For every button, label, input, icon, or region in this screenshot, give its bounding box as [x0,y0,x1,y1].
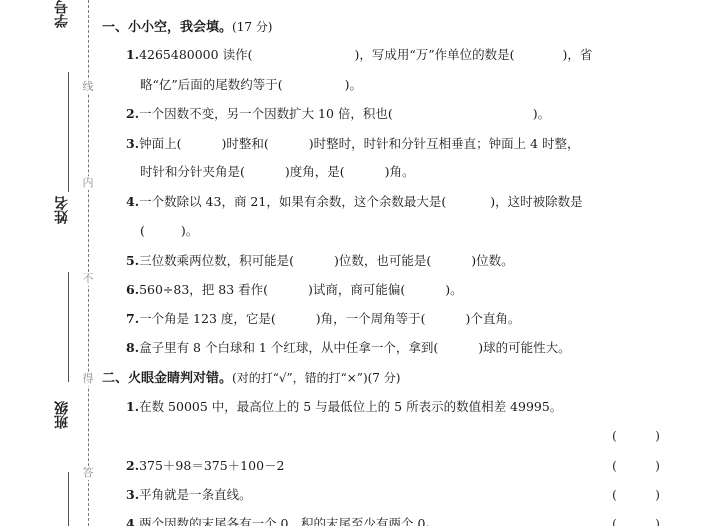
q-text: )。 [345,77,362,92]
q-number: 4. [126,194,139,209]
judge-q4: 4.两个因数的末尾各有一个 0，积的末尾至少有两个 0。 [126,516,438,526]
class-label: 班级 [54,395,74,429]
section2-title: 二、火眼金睛判对错。 [102,371,232,386]
q-text: )。 [445,282,462,297]
student-id-underline [68,72,69,192]
q-number: 3. [126,487,139,502]
q-text: 375＋98＝375＋100－2 [139,458,284,473]
q-text: )球的可能性大。 [478,340,570,355]
q-text: )时整时，时针和分针互相垂直；钟面上 4 时整， [309,136,580,151]
q-text: 盒子里有 8 个白球和 1 个红球，从中任拿一个，拿到( [139,340,438,355]
paren-close: ) [655,458,660,474]
section1-title: 一、小小空，我会填。 [102,20,232,35]
q6: 6.560÷83，把 83 看作()试商，商可能偏()。 [126,282,463,298]
q-text: )，省 [563,47,593,62]
q-number: 3. [126,136,139,151]
paren-close: ) [655,428,660,444]
q-text: )个直角。 [466,311,521,326]
q-text: )。 [181,223,198,238]
name-underline [68,272,69,382]
q-text: 三位数乘两位数，积可能是( [139,253,294,268]
cut-char-da: 答 [80,466,96,480]
q-text: 4265480000 读作( [139,47,252,62]
q8: 8.盒子里有 8 个白球和 1 个红球，从中任拿一个，拿到()球的可能性大。 [126,340,571,356]
q-number: 5. [126,253,139,268]
q-text: )位数。 [471,253,513,268]
q-text: 在数 50005 中，最高位上的 5 与最低位上的 5 所表示的数值相差 499… [139,399,562,414]
judge-answer-1[interactable]: () [612,428,660,444]
paren-open: ( [612,516,617,526]
q-number: 2. [126,458,139,473]
q-text: )，这时被除数是 [490,194,582,209]
q1-line1: 1.4265480000 读作()，写成用“万”作单位的数是()，省 [126,47,592,63]
paren-open: ( [612,458,617,474]
q-text: )角。 [385,164,415,179]
q-text: )时整和( [221,136,268,151]
judge-answer-2[interactable]: () [612,458,660,474]
judge-q1: 1.在数 50005 中，最高位上的 5 与最低位上的 5 所表示的数值相差 4… [126,399,562,415]
section1-heading: 一、小小空，我会填。(17 分) [102,19,272,36]
cut-char-de: 得 [80,372,96,386]
q1-line2: 略“亿”后面的尾数约等于()。 [140,77,362,93]
q-text: )角，一个周角等于( [316,311,426,326]
q-text: 平角就是一条直线。 [139,487,252,502]
q5: 5.三位数乘两位数，积可能是()位数，也可能是()位数。 [126,253,514,269]
paren-open: ( [612,487,617,503]
q-text: 560÷83，把 83 看作( [139,282,268,297]
q-number: 1. [126,47,139,62]
cut-char-nei: 内 [80,176,96,190]
q3-line1: 3.钟面上()时整和()时整时，时针和分针互相垂直；钟面上 4 时整， [126,136,580,152]
q-number: 7. [126,311,139,326]
q-number: 6. [126,282,139,297]
judge-answer-4[interactable]: () [612,516,660,526]
q-text: )试商，商可能偏( [308,282,405,297]
cut-line [88,0,89,526]
q-text: 时针和分针夹角是( [140,164,245,179]
paren-close: ) [655,516,660,526]
section2-instruction: (对的打“√”，错的打“×”)(7 分) [232,371,400,385]
q-number: 1. [126,399,139,414]
q-text: 一个数除以 43，商 21，如果有余数，这个余数最大是( [139,194,446,209]
q-text: 一个角是 123 度，它是( [139,311,276,326]
cut-char-bu: 不 [80,272,96,286]
paren-open: ( [612,428,617,444]
q3-line2: 时针和分针夹角是()度角，是()角。 [140,164,415,180]
section1-score: (17 分) [232,20,272,34]
q-text: )。 [533,106,550,121]
student-id-label: 学号 [54,0,74,28]
q-number: 4. [126,516,139,526]
judge-q3: 3.平角就是一条直线。 [126,487,252,503]
q2: 2.一个因数不变，另一个因数扩大 10 倍，积也()。 [126,106,550,122]
judge-q2: 2.375＋98＝375＋100－2 [126,458,285,474]
q-number: 2. [126,106,139,121]
name-label: 姓名 [54,190,74,224]
q-text: 钟面上( [139,136,181,151]
q-text: )位数，也可能是( [334,253,431,268]
q4-line1: 4.一个数除以 43，商 21，如果有余数，这个余数最大是()，这时被除数是 [126,194,583,210]
q-text: 一个因数不变，另一个因数扩大 10 倍，积也( [139,106,393,121]
q-text: 两个因数的末尾各有一个 0，积的末尾至少有两个 0。 [139,516,438,526]
section2-heading: 二、火眼金睛判对错。(对的打“√”，错的打“×”)(7 分) [102,370,400,387]
q4-line2: ()。 [140,223,198,239]
q-text: )，写成用“万”作单位的数是( [354,47,514,62]
q-text: 略“亿”后面的尾数约等于( [140,77,283,92]
q-number: 8. [126,340,139,355]
q7: 7.一个角是 123 度，它是()角，一个周角等于()个直角。 [126,311,520,327]
q-text: ( [140,223,145,238]
cut-char-xian: 线 [80,80,96,94]
paren-close: ) [655,487,660,503]
judge-answer-3[interactable]: () [612,487,660,503]
q-text: )度角，是( [285,164,345,179]
class-underline [68,472,69,526]
